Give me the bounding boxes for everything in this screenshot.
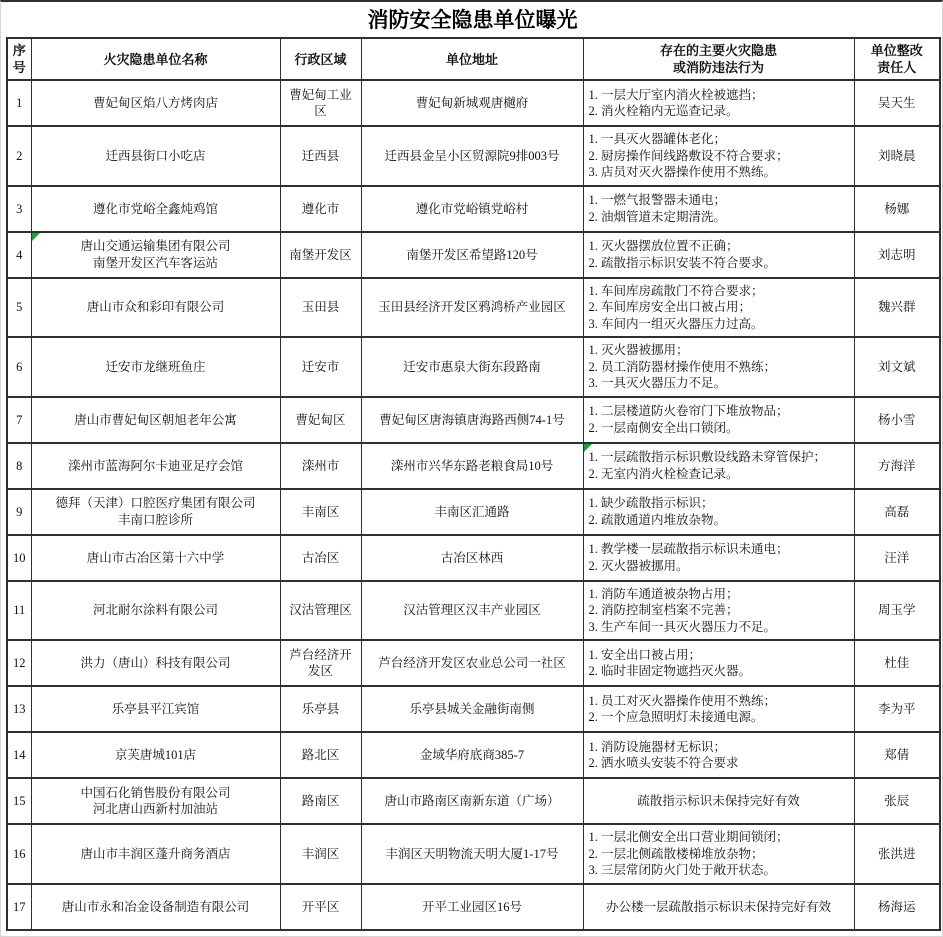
cell-address: 滦州市兴华东路老粮食局10号: [361, 443, 583, 489]
cell-region: 乐亭县: [280, 686, 361, 732]
cell-address: 曹妃甸区唐海镇唐海路西侧74-1号: [361, 397, 583, 443]
cell-hazards: 办公楼一层疏散指示标识未保持完好有效: [583, 884, 854, 930]
table-row: 4 唐山交通运输集团有限公司 南堡开发区汽车客运站 南堡开发区 南堡开发区希望路…: [7, 232, 940, 278]
cell-region: 曹妃甸工业区: [280, 80, 361, 126]
cell-address: 曹妃甸新城观唐樾府: [361, 80, 583, 126]
cell-address: 丰南区汇通路: [361, 489, 583, 535]
cell-unit-name: 京芙唐城101店: [31, 732, 280, 778]
cell-hazards: 疏散指示标识未保持完好有效: [583, 778, 854, 824]
cell-region: 曹妃甸区: [280, 397, 361, 443]
cell-unit-name: 德拜（天津）口腔医疗集团有限公司 丰南口腔诊所: [31, 489, 280, 535]
cell-address: 汉沽管理区汉丰产业园区: [361, 581, 583, 641]
table-row: 9 德拜（天津）口腔医疗集团有限公司 丰南口腔诊所 丰南区 丰南区汇通路 1. …: [7, 489, 940, 535]
table-row: 12 洪力（唐山）科技有限公司 芦台经济开发区 芦台经济开发区农业总公司一社区 …: [7, 640, 940, 686]
cell-serial-number: 6: [7, 337, 31, 397]
table-body: 1 曹妃甸区焰八方烤肉店 曹妃甸工业区 曹妃甸新城观唐樾府 1. 一层大厅室内消…: [7, 80, 940, 930]
cell-unit-name: 洪力（唐山）科技有限公司: [31, 640, 280, 686]
cell-person: 杨小雪: [854, 397, 940, 443]
page-title: 消防安全隐患单位曝光: [6, 2, 939, 37]
cell-hazards: 1. 缺少疏散指示标识； 2. 疏散通道内堆放杂物。: [583, 489, 854, 535]
cell-person: 杨海运: [854, 884, 940, 930]
cell-hazards: 1. 一层疏散指示标识敷设线路未穿管保护； 2. 无室内消火栓检查记录。: [583, 443, 854, 489]
table-row: 2 迁西县街口小吃店 迁西县 迁西县金呈小区贸源院9排003号 1. 一具灭火器…: [7, 126, 940, 186]
table-header: 序号 火灾隐患单位名称 行政区域 单位地址 存在的主要火灾隐患 或消防违法行为 …: [7, 38, 940, 80]
cell-hazards: 1. 灭火器摆放位置不正确； 2. 疏散指示标识安装不符合要求。: [583, 232, 854, 278]
cell-address: 丰润区天明物流天明大厦1-17号: [361, 824, 583, 884]
cell-unit-name: 唐山市曹妃甸区朝旭老年公寓: [31, 397, 280, 443]
cell-serial-number: 4: [7, 232, 31, 278]
cell-serial-number: 16: [7, 824, 31, 884]
cell-region: 开平区: [280, 884, 361, 930]
cell-person: 张洪进: [854, 824, 940, 884]
col-header-hazards: 存在的主要火灾隐患 或消防违法行为: [583, 38, 854, 80]
cell-region: 迁西县: [280, 126, 361, 186]
table-row: 17 唐山市永和冶金设备制造有限公司 开平区 开平工业园区16号 办公楼一层疏散…: [7, 884, 940, 930]
sheet-page: 消防安全隐患单位曝光 序号 火灾隐患单位名称 行政区域 单位地址 存在的主要火灾…: [0, 0, 943, 937]
cell-unit-name: 迁安市龙继班鱼庄: [31, 337, 280, 397]
cell-person: 郑倩: [854, 732, 940, 778]
cell-unit-name: 滦州市蓝海阿尔卡迪亚足疗会馆: [31, 443, 280, 489]
cell-hazards: 1. 员工对灭火器操作使用不熟练； 2. 一个应急照明灯未接通电源。: [583, 686, 854, 732]
col-header-no: 序号: [7, 38, 31, 80]
table-row: 5 唐山市众和彩印有限公司 玉田县 玉田县经济开发区鸦鸿桥产业园区 1. 车间库…: [7, 278, 940, 338]
cell-address: 芦台经济开发区农业总公司一社区: [361, 640, 583, 686]
cell-serial-number: 7: [7, 397, 31, 443]
cell-serial-number: 3: [7, 186, 31, 232]
cell-person: 张辰: [854, 778, 940, 824]
cell-serial-number: 17: [7, 884, 31, 930]
cell-address: 乐亭县城关金融街南侧: [361, 686, 583, 732]
table-row: 11 河北耐尔涂料有限公司 汉沽管理区 汉沽管理区汉丰产业园区 1. 消防车通道…: [7, 581, 940, 641]
cell-unit-name: 唐山交通运输集团有限公司 南堡开发区汽车客运站: [31, 232, 280, 278]
cell-region: 滦州市: [280, 443, 361, 489]
cell-hazards: 1. 消防车通道被杂物占用； 2. 消防控制室档案不完善； 3. 生产车间一具灭…: [583, 581, 854, 641]
cell-hazards: 1. 一具灭火器罐体老化； 2. 厨房操作间线路敷设不符合要求； 3. 店员对灭…: [583, 126, 854, 186]
cell-hazards: 1. 一层北侧安全出口营业期间锁闭； 2. 一层北侧疏散楼梯堆放杂物； 3. 三…: [583, 824, 854, 884]
cell-unit-name: 迁西县街口小吃店: [31, 126, 280, 186]
cell-person: 刘文斌: [854, 337, 940, 397]
cell-person: 周玉学: [854, 581, 940, 641]
cell-hazards: 1. 消防设施器材无标识； 2. 洒水喷头安装不符合要求: [583, 732, 854, 778]
cell-address: 迁安市惠泉大街东段路南: [361, 337, 583, 397]
cell-unit-name: 乐亭县平江宾馆: [31, 686, 280, 732]
cell-hazards: 1. 二层楼道防火卷帘门下堆放物品； 2. 一层南侧安全出口锁闭。: [583, 397, 854, 443]
cell-hazards: 1. 车间库房疏散门不符合要求； 2. 车间库房安全出口被占用； 3. 车间内一…: [583, 278, 854, 338]
table-row: 6 迁安市龙继班鱼庄 迁安市 迁安市惠泉大街东段路南 1. 灭火器被挪用； 2.…: [7, 337, 940, 397]
cell-serial-number: 1: [7, 80, 31, 126]
cell-serial-number: 12: [7, 640, 31, 686]
cell-region: 路南区: [280, 778, 361, 824]
cell-unit-name: 唐山市永和冶金设备制造有限公司: [31, 884, 280, 930]
cell-hazards: 1. 安全出口被占用； 2. 临时非固定物遮挡灭火器。: [583, 640, 854, 686]
cell-address: 遵化市党峪镇党峪村: [361, 186, 583, 232]
col-header-unit-name: 火灾隐患单位名称: [31, 38, 280, 80]
cell-region: 芦台经济开发区: [280, 640, 361, 686]
cell-person: 吴天生: [854, 80, 940, 126]
cell-hazards: 1. 灭火器被挪用； 2. 员工消防器材操作使用不熟练； 3. 一具灭火器压力不…: [583, 337, 854, 397]
cell-address: 古冶区林西: [361, 535, 583, 581]
cell-person: 方海洋: [854, 443, 940, 489]
cell-unit-name: 唐山市古冶区第十六中学: [31, 535, 280, 581]
green-triangle-marker-icon: [32, 233, 40, 241]
table-row: 14 京芙唐城101店 路北区 金域华府底商385-7 1. 消防设施器材无标识…: [7, 732, 940, 778]
cell-serial-number: 14: [7, 732, 31, 778]
table-row: 1 曹妃甸区焰八方烤肉店 曹妃甸工业区 曹妃甸新城观唐樾府 1. 一层大厅室内消…: [7, 80, 940, 126]
table-row: 13 乐亭县平江宾馆 乐亭县 乐亭县城关金融街南侧 1. 员工对灭火器操作使用不…: [7, 686, 940, 732]
cell-person: 杨娜: [854, 186, 940, 232]
cell-address: 迁西县金呈小区贸源院9排003号: [361, 126, 583, 186]
cell-person: 魏兴群: [854, 278, 940, 338]
cell-hazards: 1. 教学楼一层疏散指示标识未通电； 2. 灭火器被挪用。: [583, 535, 854, 581]
cell-region: 玉田县: [280, 278, 361, 338]
cell-unit-name: 遵化市党峪全鑫炖鸡馆: [31, 186, 280, 232]
cell-unit-name: 中国石化销售股份有限公司 河北唐山西新村加油站: [31, 778, 280, 824]
cell-serial-number: 2: [7, 126, 31, 186]
cell-address: 南堡开发区希望路120号: [361, 232, 583, 278]
cell-person: 刘晓晨: [854, 126, 940, 186]
cell-person: 李为平: [854, 686, 940, 732]
cell-region: 汉沽管理区: [280, 581, 361, 641]
table-row: 10 唐山市古冶区第十六中学 古冶区 古冶区林西 1. 教学楼一层疏散指示标识未…: [7, 535, 940, 581]
cell-serial-number: 13: [7, 686, 31, 732]
table-row: 8 滦州市蓝海阿尔卡迪亚足疗会馆 滦州市 滦州市兴华东路老粮食局10号 1. 一…: [7, 443, 940, 489]
cell-region: 迁安市: [280, 337, 361, 397]
table-row: 15 中国石化销售股份有限公司 河北唐山西新村加油站 路南区 唐山市路南区南新东…: [7, 778, 940, 824]
cell-serial-number: 10: [7, 535, 31, 581]
cell-unit-name: 唐山市众和彩印有限公司: [31, 278, 280, 338]
cell-unit-name: 曹妃甸区焰八方烤肉店: [31, 80, 280, 126]
col-header-region: 行政区域: [280, 38, 361, 80]
cell-person: 高磊: [854, 489, 940, 535]
cell-address: 玉田县经济开发区鸦鸿桥产业园区: [361, 278, 583, 338]
cell-hazards: 1. 一层大厅室内消火栓被遮挡； 2. 消火栓箱内无巡查记录。: [583, 80, 854, 126]
cell-region: 古冶区: [280, 535, 361, 581]
cell-person: 汪洋: [854, 535, 940, 581]
col-header-person: 单位整改 责任人: [854, 38, 940, 80]
table-row: 7 唐山市曹妃甸区朝旭老年公寓 曹妃甸区 曹妃甸区唐海镇唐海路西侧74-1号 1…: [7, 397, 940, 443]
cell-person: 杜佳: [854, 640, 940, 686]
cell-hazards: 1. 一燃气报警器未通电； 2. 油烟管道未定期清洗。: [583, 186, 854, 232]
cell-serial-number: 8: [7, 443, 31, 489]
cell-serial-number: 15: [7, 778, 31, 824]
cell-serial-number: 11: [7, 581, 31, 641]
header-row: 序号 火灾隐患单位名称 行政区域 单位地址 存在的主要火灾隐患 或消防违法行为 …: [7, 38, 940, 80]
cell-serial-number: 9: [7, 489, 31, 535]
cell-unit-name: 河北耐尔涂料有限公司: [31, 581, 280, 641]
cell-region: 路北区: [280, 732, 361, 778]
table-row: 3 遵化市党峪全鑫炖鸡馆 遵化市 遵化市党峪镇党峪村 1. 一燃气报警器未通电；…: [7, 186, 940, 232]
cell-region: 丰南区: [280, 489, 361, 535]
cell-address: 金域华府底商385-7: [361, 732, 583, 778]
cell-region: 南堡开发区: [280, 232, 361, 278]
hazard-units-table: 序号 火灾隐患单位名称 行政区域 单位地址 存在的主要火灾隐患 或消防违法行为 …: [6, 37, 941, 931]
cell-address: 唐山市路南区南新东道（广场）: [361, 778, 583, 824]
cell-region: 丰润区: [280, 824, 361, 884]
green-triangle-marker-icon: [584, 444, 592, 452]
cell-region: 遵化市: [280, 186, 361, 232]
cell-person: 刘志明: [854, 232, 940, 278]
cell-address: 开平工业园区16号: [361, 884, 583, 930]
col-header-address: 单位地址: [361, 38, 583, 80]
cell-unit-name: 唐山市丰润区蓬升商务酒店: [31, 824, 280, 884]
cell-serial-number: 5: [7, 278, 31, 338]
table-row: 16 唐山市丰润区蓬升商务酒店 丰润区 丰润区天明物流天明大厦1-17号 1. …: [7, 824, 940, 884]
